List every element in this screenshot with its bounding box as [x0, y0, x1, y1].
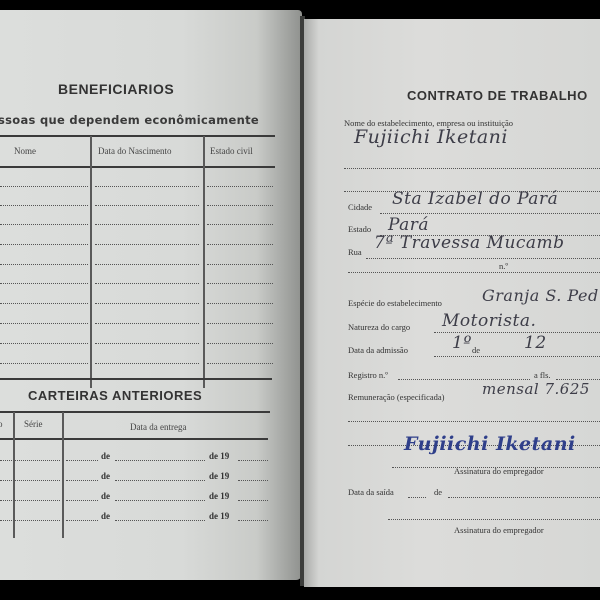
table-row[interactable]: [0, 363, 88, 364]
table-row-status[interactable]: [207, 224, 273, 225]
saida-month-field[interactable]: [448, 497, 600, 498]
table-row-status[interactable]: [207, 283, 273, 284]
saida-label: Data da saída: [348, 487, 394, 497]
admissao-label: Data da admissão: [348, 345, 408, 355]
table-row-status[interactable]: [207, 244, 273, 245]
table-row-date[interactable]: [95, 205, 199, 206]
table-row-date[interactable]: [95, 303, 199, 304]
header-bottom-rule: [0, 166, 275, 168]
table-row[interactable]: [0, 205, 88, 206]
column-header-data-entrega: Data da entrega: [130, 422, 186, 432]
table-row-status[interactable]: [207, 205, 273, 206]
column-header-numero: o: [0, 419, 3, 429]
signature-line-2: [388, 519, 600, 520]
month-field[interactable]: [115, 520, 205, 521]
table-bottom-rule: [0, 378, 272, 380]
year-label: de 19: [209, 511, 229, 521]
table-row[interactable]: [0, 303, 88, 304]
registro-fls: a fls.: [534, 370, 551, 380]
table-row[interactable]: [0, 244, 88, 245]
column-header-data-nascimento: Data do Nascimento: [98, 146, 171, 156]
left-page-beneficiarios: BENEFICIARIOS ssoas que dependem econômi…: [0, 10, 302, 580]
de-label: de: [101, 451, 110, 461]
registro-label: Registro n.º: [348, 370, 388, 380]
contrato-title: CONTRATO DE TRABALHO: [407, 88, 588, 103]
carteiras-top-rule: [0, 411, 270, 413]
column-header-estado-civil: Estado civil: [210, 146, 253, 156]
year-field[interactable]: [238, 480, 268, 481]
de-label: de: [101, 491, 110, 501]
table-row[interactable]: [0, 283, 88, 284]
year-field[interactable]: [238, 500, 268, 501]
serie-field[interactable]: [0, 460, 60, 461]
carteiras-header-rule: [0, 438, 268, 440]
carteiras-title: CARTEIRAS ANTERIORES: [28, 388, 202, 403]
admissao-day[interactable]: 1º: [452, 333, 472, 353]
table-row-status[interactable]: [207, 264, 273, 265]
serie-field[interactable]: [0, 520, 60, 521]
table-row-date[interactable]: [95, 323, 199, 324]
admissao-line: [434, 356, 600, 357]
table-row-status[interactable]: [207, 303, 273, 304]
cidade-label: Cidade: [348, 202, 372, 212]
serie-field[interactable]: [0, 500, 60, 501]
table-row-date[interactable]: [95, 264, 199, 265]
assinatura-label-2: Assinatura do empregador: [454, 525, 544, 535]
table-row-date[interactable]: [95, 283, 199, 284]
year-field[interactable]: [238, 520, 268, 521]
blank-line-1: [348, 421, 600, 422]
table-row[interactable]: [0, 264, 88, 265]
table-row[interactable]: [0, 224, 88, 225]
de-label: de: [101, 511, 110, 521]
numero-label: n.º: [499, 261, 508, 271]
table-row-status[interactable]: [207, 343, 273, 344]
month-field[interactable]: [115, 460, 205, 461]
table-row-date[interactable]: [95, 244, 199, 245]
table-row-date[interactable]: [95, 224, 199, 225]
assinatura-label-1: Assinatura do empregador: [454, 466, 544, 476]
month-field[interactable]: [115, 500, 205, 501]
table-row-date[interactable]: [95, 186, 199, 187]
de-label: de: [101, 471, 110, 481]
cidade-value[interactable]: Sta Izabel do Pará: [392, 189, 558, 209]
day-field[interactable]: [66, 520, 98, 521]
table-row-status[interactable]: [207, 323, 273, 324]
saida-de: de: [434, 487, 442, 497]
cidade-line: [380, 213, 600, 214]
day-field[interactable]: [66, 460, 98, 461]
table-row-date[interactable]: [95, 343, 199, 344]
rua-label: Rua: [348, 247, 362, 257]
day-field[interactable]: [66, 480, 98, 481]
remuneracao-value[interactable]: mensal 7.625: [482, 380, 590, 398]
column-divider: [62, 412, 64, 538]
admissao-month[interactable]: 12: [524, 333, 547, 353]
natureza-value[interactable]: Motorista.: [442, 311, 536, 331]
especie-label: Espécie do estabelecimento: [348, 298, 442, 308]
table-row-status[interactable]: [207, 186, 273, 187]
remuneracao-label: Remuneração (especificada): [348, 392, 445, 402]
table-row[interactable]: [0, 343, 88, 344]
year-field[interactable]: [238, 460, 268, 461]
serie-field[interactable]: [0, 480, 60, 481]
saida-day-field[interactable]: [408, 497, 426, 498]
day-field[interactable]: [66, 500, 98, 501]
month-field[interactable]: [115, 480, 205, 481]
especie-value[interactable]: Granja S. Ped: [482, 286, 599, 305]
beneficiarios-subtitle: ssoas que dependem econômicamente: [0, 113, 259, 127]
year-label: de 19: [209, 491, 229, 501]
employer-signature[interactable]: Fujiichi Iketani: [404, 433, 576, 455]
beneficiarios-title: BENEFICIARIOS: [58, 81, 174, 97]
admissao-de: de: [472, 345, 480, 355]
estado-label: Estado: [348, 224, 371, 234]
rua-line: [366, 258, 600, 259]
rua-value[interactable]: 7ª Travessa Mucamb: [374, 233, 565, 253]
year-label: de 19: [209, 471, 229, 481]
table-row-status[interactable]: [207, 363, 273, 364]
numero-line: [348, 272, 600, 273]
column-header-nome: Nome: [14, 146, 36, 156]
year-label: de 19: [209, 451, 229, 461]
table-top-rule: [0, 135, 275, 137]
nome-line-1: [344, 168, 600, 169]
column-divider: [90, 136, 92, 388]
table-row[interactable]: [0, 323, 88, 324]
nome-value[interactable]: Fujiichi Iketani: [354, 126, 508, 148]
column-divider: [203, 136, 205, 388]
table-row-date[interactable]: [95, 363, 199, 364]
natureza-label: Natureza do cargo: [348, 322, 410, 332]
estado-value[interactable]: Pará: [388, 215, 429, 235]
column-header-serie: Série: [24, 419, 43, 429]
right-page-contrato: CONTRATO DE TRABALHO Nome do estabelecim…: [304, 19, 600, 587]
table-row[interactable]: [0, 186, 88, 187]
